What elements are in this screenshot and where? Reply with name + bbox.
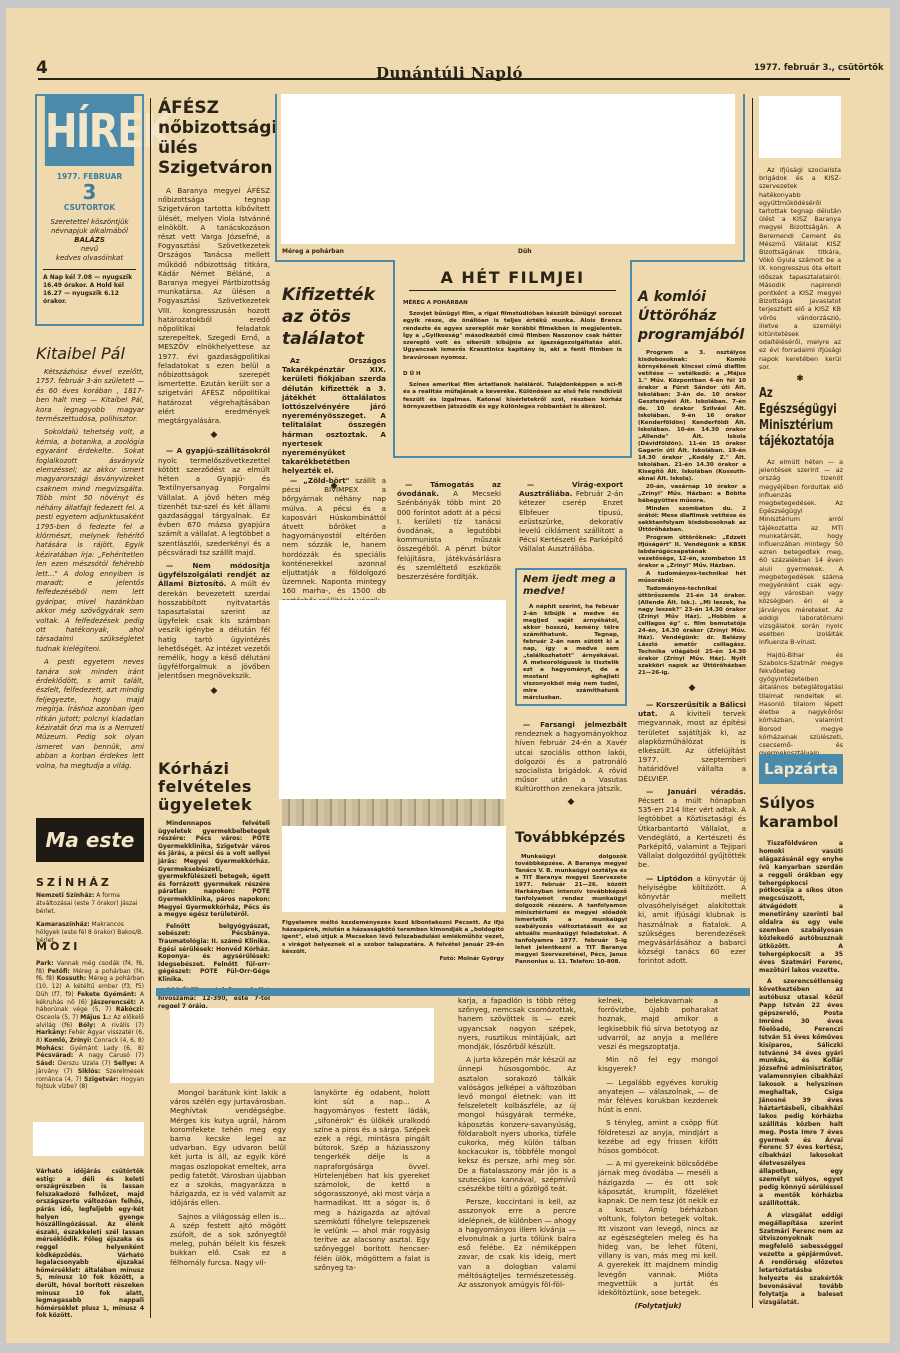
tovabbkepzes-title: Továbbképzés	[515, 830, 625, 846]
cinema-heading: MOZI	[36, 940, 80, 953]
page-number: 4	[36, 58, 48, 78]
film-caption-left: Méreg a pohárban	[282, 248, 344, 255]
listing-entry: Pécsvárad: A nagy Carusó (7)	[36, 1052, 144, 1059]
mongol-p: Sajnos a világosság ellen is... A szép f…	[170, 1212, 286, 1267]
hirek-greeting-3: kedves olvasóinkat	[43, 254, 136, 263]
afesz-title: ÁFÉSZ nőbizottsági ülés Szigetváron	[158, 98, 268, 178]
photo-caption: Figyelemre méltó kezdeményezés kezd kibo…	[282, 920, 504, 956]
kitaibel-para-3: A pesti egyetem neves tanára sok minden …	[36, 658, 144, 771]
kitaibel-para-2: Sokoldalú tehetség volt, a kémia, a bota…	[36, 428, 144, 654]
theatre-heading: SZÍNHÁZ	[36, 876, 112, 889]
farsang-body: rendeznek a hagyományokhoz híven február…	[515, 729, 627, 793]
virag-item: — Virág-export Ausztráliába. Február 2-á…	[519, 480, 623, 558]
zoldbort-lead: — „Zöld-bört"	[290, 476, 349, 485]
film-caption-right: Düh	[518, 248, 532, 255]
asterisk-separator: ✱	[759, 375, 841, 383]
virag-body: Február 2-án kétezer cserép Enzet Elbfeu…	[519, 489, 623, 553]
listing-program: Gyémánt Lady (6, 8)	[64, 1045, 144, 1052]
balicsi-body: A kiviteli tervek megvannak, most az épí…	[638, 709, 746, 782]
komloi-body: Program a 3. osztályos kisdobosoknak: Ko…	[638, 350, 746, 700]
column-rule	[150, 98, 151, 1318]
feature-image	[170, 1008, 434, 1083]
kitaibel-article: Kétszázhúsz évvel ezelőtt, 1757. február…	[36, 368, 144, 775]
film-2-review: Színes amerikai film ártatlanok haláláró…	[403, 382, 622, 411]
biztosito-item: — Nem módosítja ügyfélszolgálati rendjét…	[158, 561, 270, 681]
hirek-weekday: CSUTORTOK	[37, 203, 142, 212]
listing-venue: Park:	[36, 960, 54, 967]
listing-program: Osceola (5, 7)	[36, 1014, 80, 1021]
section-divider	[156, 988, 750, 996]
frame-line	[630, 260, 745, 262]
mongol-col-1: Mongol barátunk kint lakik a város szélé…	[170, 1088, 286, 1271]
korhazi-para-2: Felnőtt belgyógyászat, sebészet: Pécsbán…	[158, 923, 270, 984]
image-placeholder	[33, 1122, 144, 1156]
lapzarta-para-1: Tiszaföldváron a homoki vasúti elágazásá…	[759, 840, 843, 974]
listing-venue: Jászerencsét:	[91, 999, 136, 1006]
listing-venue: Mohács:	[36, 1045, 64, 1052]
farsang-lead: — Farsangi jelmezbált	[523, 720, 627, 729]
mongol-col-4: kelnek, belekavarnak a forróvízbe, újabb…	[598, 996, 718, 1311]
kifizettek-title: Kifizették az ötös találatot	[282, 284, 382, 350]
afesz-paragraph: A Baranya megyei ÁFÉSZ nőbizottsága tegn…	[158, 186, 270, 425]
listing-venue: Fekete Gyémánt:	[77, 991, 136, 998]
lapzarta-body: Tiszaföldváron a homoki vasúti elágazásá…	[759, 840, 843, 1311]
listing-venue: Siklós:	[78, 1068, 101, 1075]
farsang-item: — Farsangi jelmezbált rendeznek a hagyom…	[515, 720, 627, 811]
diamond-separator: ◆	[638, 685, 746, 692]
gyapju-body: nyolc termelőszövetkezettel kötött szerz…	[158, 456, 270, 557]
listing-venue: Rákóczi:	[116, 1006, 144, 1013]
listing-program: A nagy Carusó (7)	[73, 1052, 144, 1059]
mongol-p: — A mi gyerekeink bölcsődébe járnak meg …	[598, 1159, 718, 1297]
lapzarta-para-3: A vizsgálat eddigi megállapítása szerint…	[759, 1212, 843, 1307]
komloi-para-6: Tudományos-technikai úttörőszemle 21-én …	[638, 586, 746, 677]
mongol-p: karja, a fapadlón is több réteg szőnyeg,…	[458, 996, 576, 1051]
veradas-body: Pécsett a múlt hónapban 535-en 214 liter…	[638, 796, 746, 869]
listing-venue: Kossuth:	[57, 975, 87, 982]
frame-line	[275, 260, 395, 262]
listing-venue: Sellye:	[114, 1060, 137, 1067]
film-2-heading: DÜH	[403, 371, 622, 377]
mongol-p: kelnek, belekavarnak a forróvízbe, újabb…	[598, 996, 718, 1051]
biztosito-body: A múlt év derekán bevezetett szerdai hos…	[158, 579, 270, 680]
listing-venue: Sásd:	[36, 1060, 55, 1067]
medve-title: Nem ijedt meg a medve!	[523, 574, 619, 598]
continued-note: (Folytatjuk)	[598, 1301, 718, 1310]
kisz-paragraph: Az ifjúsági szocialista brigádok és a KI…	[759, 166, 841, 371]
komloi-para-5: A tudományos-technikai hét műsorából:	[638, 571, 746, 585]
liptod-item: — Liptódon a könyvtár új helyiségbe költ…	[638, 874, 746, 966]
listing-entry: Mohács: Gyémánt Lady (6, 8)	[36, 1045, 144, 1052]
korhazi-body: Mindennapos felvételi ügyeletek gyermekb…	[158, 820, 270, 1014]
komloi-para-1: Program a 3. osztályos kisdobosoknak: Ko…	[638, 350, 746, 483]
listing-program: Derszu Uzala (7)	[55, 1060, 114, 1067]
zoldbort-item: — „Zöld-bört" szállít a pécsi BIVIMPEX a…	[282, 476, 386, 609]
korhazi-title: Kórházi felvételes ügyeletek	[158, 760, 270, 814]
kitaibel-title: Kitaibel Pál	[36, 344, 125, 363]
mongol-p: A jurta közepén már készül az ünnepi hús…	[458, 1055, 576, 1193]
photo-image	[282, 826, 506, 912]
kitaibel-para-1: Kétszázhúsz évvel ezelőtt, 1757. február…	[36, 368, 144, 424]
medve-body: A néphit szerint, ha február 2-án kibúji…	[523, 604, 619, 702]
lapzarta-title: Súlyos karambol	[759, 794, 843, 832]
listing-entry: Sásd: Derszu Uzala (7)	[36, 1060, 114, 1067]
gyapju-lead: — A gyapjú-szállításokról	[166, 446, 270, 455]
newspaper-page: 4 Dunántúli Napló 1977. február 3., csüt…	[6, 8, 890, 1343]
zoldbort-body: szállít a pécsi BIVIMPEX a bőrgyárnak né…	[282, 476, 386, 605]
listing-venue: Bóly:	[78, 1022, 95, 1029]
lapzarta-para-2: A szerencsétlenség következtében az autó…	[759, 978, 843, 1207]
film-still-image	[281, 94, 735, 244]
het-filmjei-box: A HÉT FILMJEI MÉREG A POHÁRBAN Szovjet b…	[393, 260, 632, 458]
weather-forecast: Várható időjárás csütörtök estig: a déli…	[36, 1168, 144, 1320]
komloi-para-3: Minden szombaton du. 2 órától: Mese diaf…	[638, 506, 746, 534]
diamond-separator: ◆	[515, 798, 627, 807]
issue-date: 1977. február 3., csütörtök	[754, 63, 884, 73]
hirek-title: HÍREK	[45, 96, 134, 166]
photo-credit: Fotó: Molnár György	[426, 956, 504, 962]
liptod-lead: — Liptódon	[646, 874, 693, 883]
ma-este-banner: Ma este	[36, 818, 144, 862]
cinema-list: Park: Vannak még csodák (f4, f6, f8) Pet…	[36, 960, 144, 1091]
korhazi-para-1: Mindennapos felvételi ügyeletek gyermekb…	[158, 820, 270, 919]
hirek-greeting-2: nevű	[43, 245, 136, 254]
komloi-para-4: Program úttörőknek: „Edzett Ifjúságért" …	[638, 535, 746, 570]
film-1-heading: MÉREG A POHÁRBAN	[403, 300, 622, 306]
listing-venue: Nemzeti Színház:	[36, 892, 94, 899]
photo-image	[279, 600, 506, 799]
kifizettek-paragraph: Az Országos Takarékpénztár XIX. kerületi…	[282, 356, 386, 476]
hirek-box: HÍREK 1977. FEBRUAR 3 CSUTORTOK Szeretet…	[35, 94, 144, 326]
news-items-right: — Korszerűsítik a Bálicsi utat. A kivite…	[638, 700, 746, 970]
diamond-separator: ◆	[158, 687, 270, 696]
afesz-body: A Baranya megyei ÁFÉSZ nőbizottsága tegn…	[158, 186, 270, 702]
veradas-lead: — Januári véradás.	[646, 787, 746, 796]
balicsi-item: — Korszerűsítik a Bálicsi utat. A kivite…	[638, 700, 746, 783]
liptod-body: a könyvtár új helyiségbe költözött. A kö…	[638, 874, 746, 966]
eum-body: Az elmúlt héten — a jelentések szerint —…	[759, 458, 843, 761]
tovabbkepzes-body: Munkaügyi dolgozók továbbképzése. A Bara…	[515, 854, 627, 966]
gyapju-item: — A gyapjú-szállításokról nyolc termelős…	[158, 446, 270, 556]
listing-venue: Május 1.:	[80, 1014, 111, 1021]
lapzarta-banner: Lapzárta	[759, 754, 843, 784]
ovoda-item: — Támogatás az óvodának. A Mecseki Szénb…	[397, 480, 501, 585]
komloi-title: A komlói Úttörőház programjából	[638, 288, 748, 345]
kisz-article: Az ifjúsági szocialista brigádok és a KI…	[759, 166, 841, 383]
mongol-p: — Legalább egyéves korukig anyatejen — v…	[598, 1078, 718, 1115]
hirek-day: 3	[37, 181, 142, 203]
listing-venue: Kamaraszínház:	[36, 921, 90, 928]
listing-venue: Petőfi:	[48, 968, 70, 975]
mongol-col-2: lanykörte ég odabent, holott kint süt a …	[314, 1088, 430, 1276]
medve-box: Nem ijedt meg a medve! A néphit szerint,…	[515, 568, 627, 706]
eum-para-2: Hajdú-Bihar és Szabolcs-Szatmár megye fe…	[759, 651, 843, 758]
listing-program: A riválís (7)	[95, 1022, 144, 1029]
mongol-p: Persze, koccintani is kell, az asszonyok…	[458, 1197, 576, 1289]
mongol-p: Mongol barátunk kint lakik a város szélé…	[170, 1088, 286, 1208]
mongol-p: Min nő fel egy mongol kisgyerek?	[598, 1055, 718, 1073]
hirek-sun-moon: A Nap kél 7.08 — nyugszik 16.49 órakor. …	[43, 269, 136, 306]
film-1-review: Szovjet bűnügyi film, a rigai filmstúdió…	[403, 311, 622, 362]
hirek-greeting-1: Szeretettel köszöntjük névnapjuk alkalmá…	[43, 218, 136, 236]
listing-entry: Bóly: A riválís (7)	[78, 1022, 144, 1029]
mongol-p: lanykörte ég odabent, holott kint süt a …	[314, 1088, 430, 1272]
listing-entry: Nemzeti Színház: A forma átváltozásai (e…	[36, 892, 144, 916]
listing-entry: Komló, Zrínyi: Conrack (4, 6, 8)	[44, 1037, 144, 1044]
mongol-col-3: karja, a fapadlón is több réteg szőnyeg,…	[458, 996, 576, 1293]
mongol-p: S tényleg, amint a csöpp fiút földretesz…	[598, 1118, 718, 1155]
listing-venue: Szigetvár:	[84, 1076, 118, 1083]
listing-venue: Harkány:	[36, 1029, 67, 1036]
photo-texture-strip	[282, 799, 504, 826]
eum-title: Az Egészségügyi Minisztérium tájékoztató…	[759, 386, 845, 450]
veradas-item: — Januári véradás. Pécsett a múlt hónapb…	[638, 787, 746, 870]
diamond-separator: ◆	[158, 431, 270, 440]
het-filmjei-title: A HÉT FILMJEI	[409, 268, 616, 291]
masthead-rule	[38, 78, 850, 80]
hirek-nameday: BALÁZS	[43, 236, 136, 245]
column-rule	[752, 98, 753, 1308]
listing-venue: Pécsvárad:	[36, 1052, 73, 1059]
eum-para-1: Az elmúlt héten — a jelentések szerint —…	[759, 458, 843, 647]
kisz-image	[759, 96, 841, 158]
listing-program: Conrack (4, 6, 8)	[92, 1037, 144, 1044]
ovoda-body: A Mecseki Szénbányák több mint 20 000 fo…	[397, 489, 501, 581]
listing-venue: Komló, Zrínyi:	[44, 1037, 92, 1044]
komloi-para-2: 20-án, vasárnap 10 órakor a „Zrínyi" Műv…	[638, 484, 746, 505]
